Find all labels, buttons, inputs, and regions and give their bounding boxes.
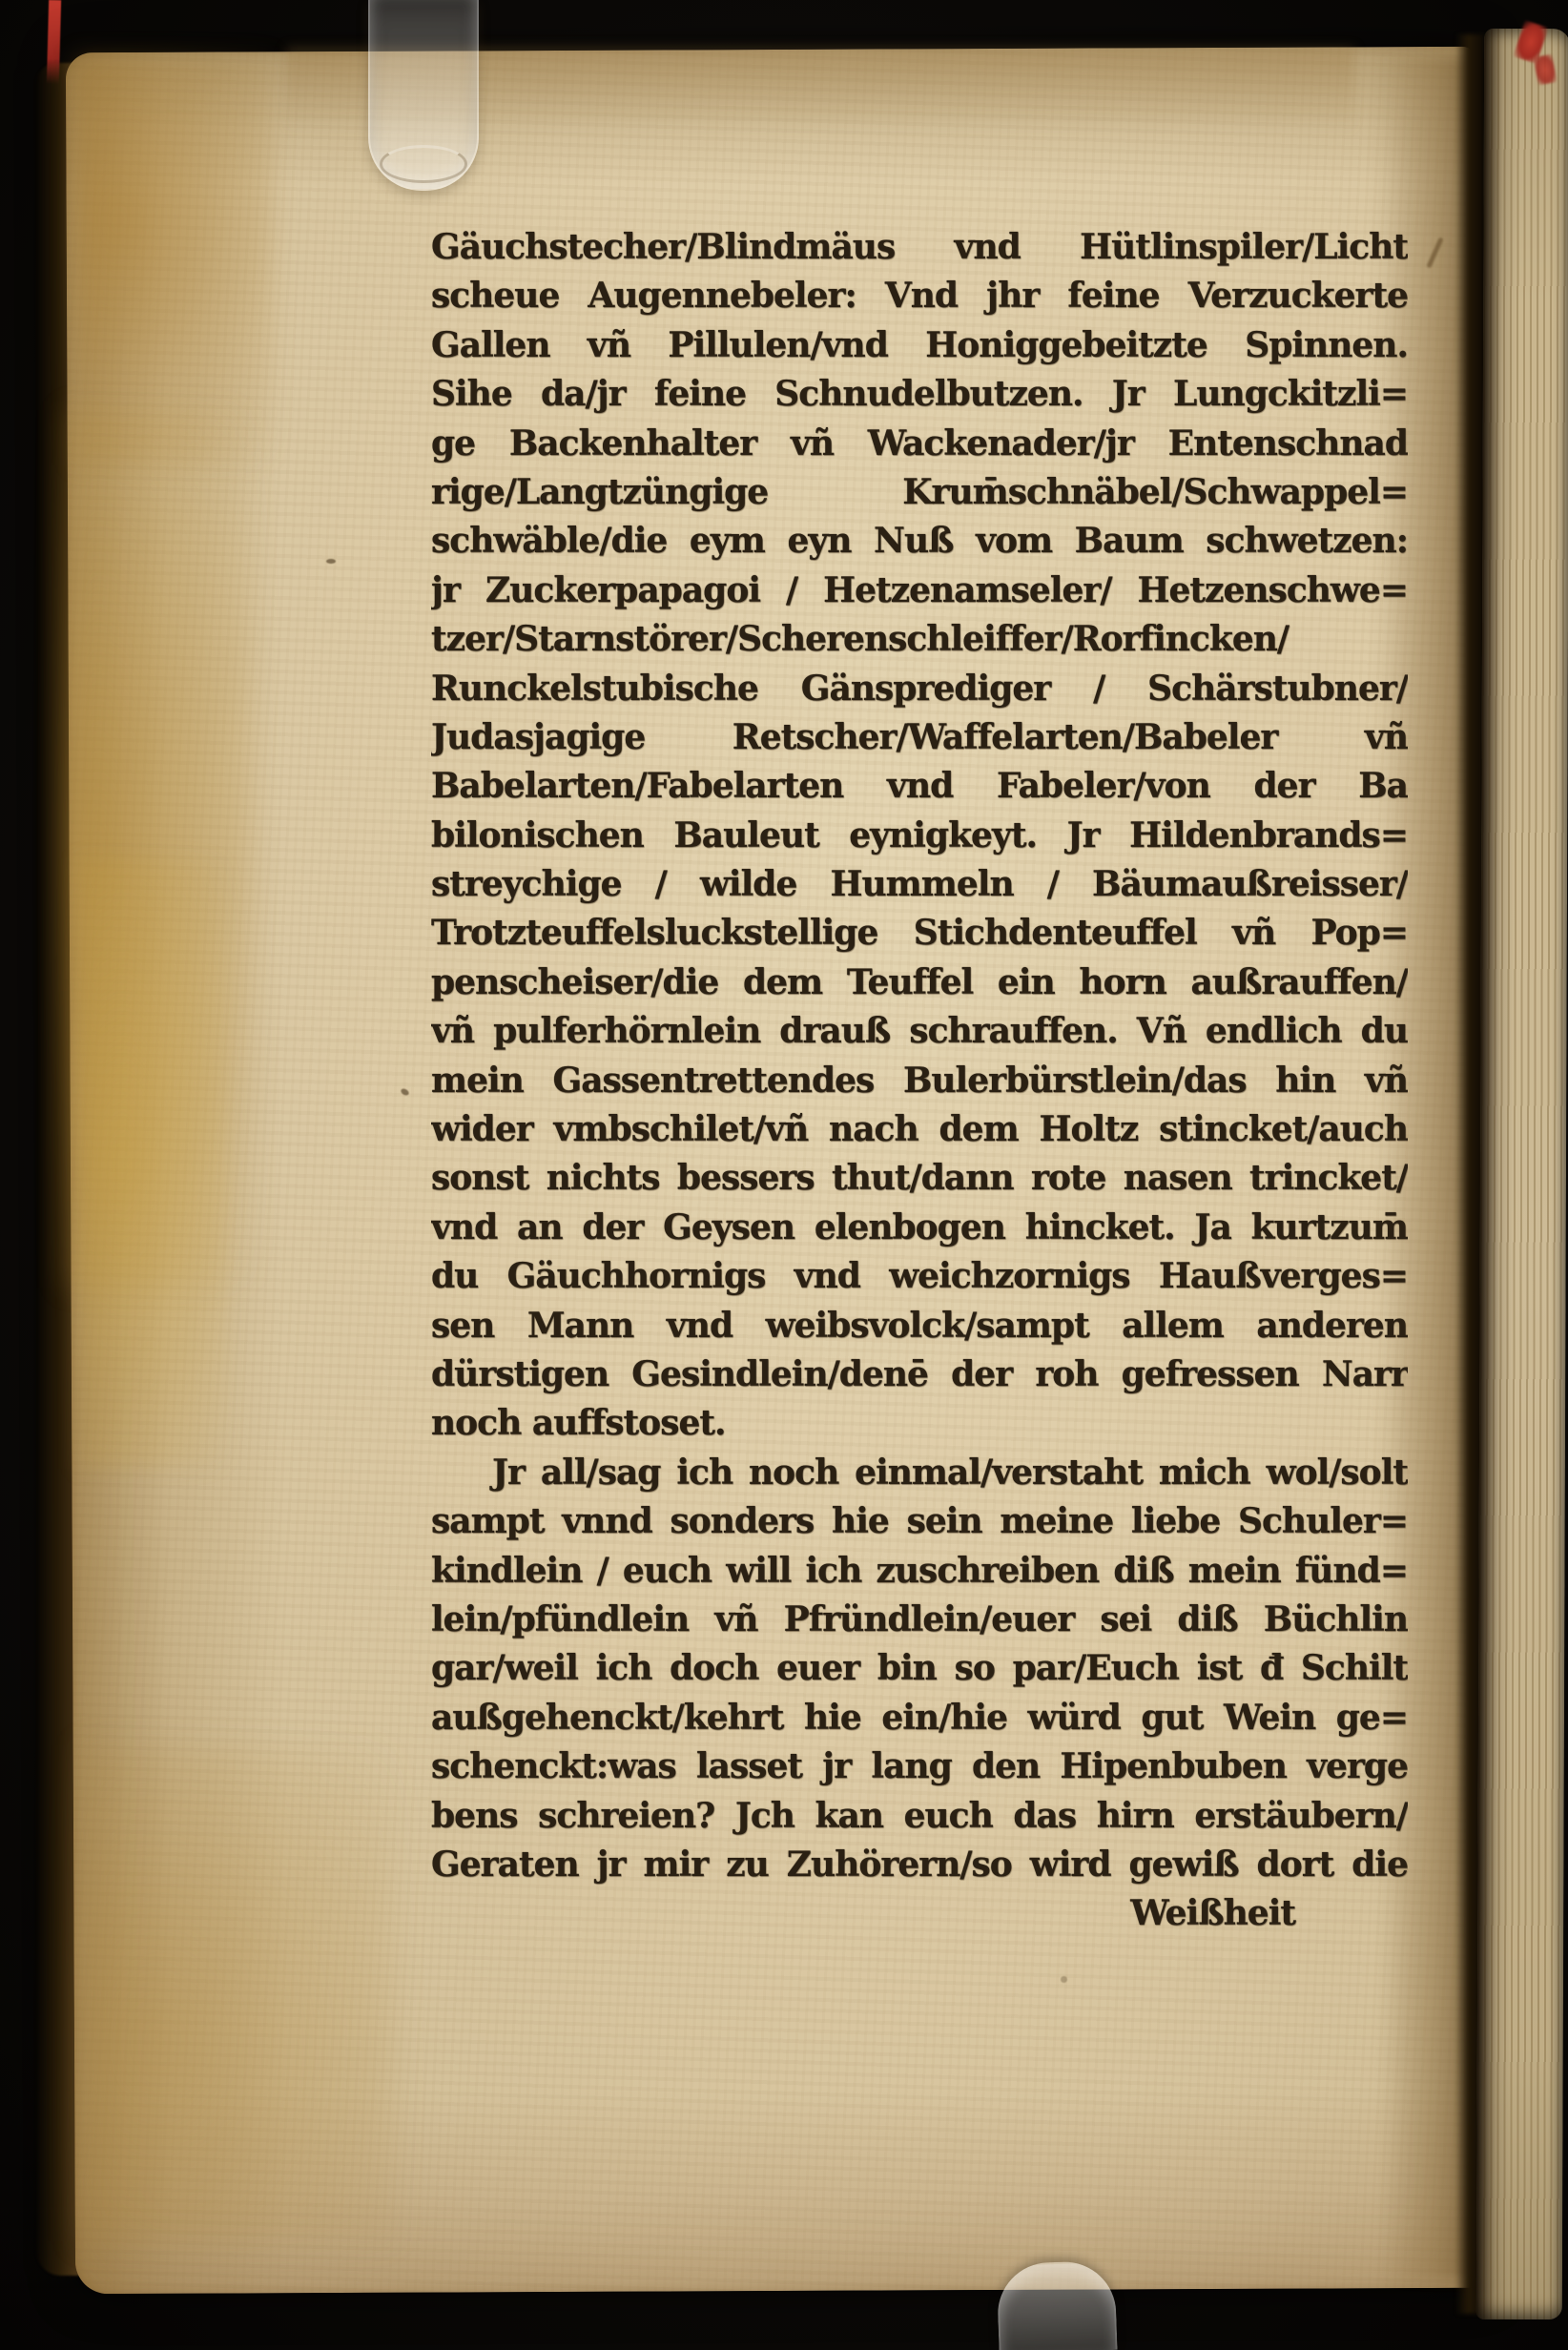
fore-edge-page-block <box>1476 29 1568 2319</box>
plastic-clip-rim <box>380 145 467 183</box>
text-line: vñ pulferhörnlein drauß schrauffen. Vñ e… <box>431 1007 1408 1056</box>
text-line: Sihe da/jr feine Schnudelbutzen. Jr Lung… <box>431 370 1408 419</box>
text-line: außgehenckt/kehrt hie ein/hie würd gut W… <box>431 1694 1408 1742</box>
text-line: vnd an der Geysen elenbogen hincket. Ja … <box>431 1204 1408 1252</box>
text-line: Judasjagige Retscher/Waffelarten/Babeler… <box>431 713 1408 762</box>
plastic-clip-top <box>368 0 479 191</box>
text-line: ge Backenhalter vñ Wackenader/jr Entensc… <box>431 420 1408 468</box>
text-line: lein/pfündlein vñ Pfründlein/euer sei di… <box>431 1596 1408 1644</box>
ink-speck <box>326 559 336 564</box>
text-line: mein Gassentrettendes Bulerbürstlein/das… <box>431 1057 1408 1105</box>
text-line: sen Mann vnd weibsvolck/sampt allem ande… <box>431 1302 1408 1350</box>
text-line: tzer/Starnstörer/Scherenschleiffer/Rorfi… <box>431 615 1408 664</box>
text-line: sampt vnnd sonders hie sein meine liebe … <box>431 1497 1408 1546</box>
text-line: gar/weil ich doch euer bin so par/Euch i… <box>431 1644 1408 1693</box>
text-line: du Gäuchhornigs vnd weichzornigs Haußver… <box>431 1252 1408 1301</box>
text-line: wider vmbschilet/vñ nach dem Holtz stinc… <box>431 1105 1408 1154</box>
page-text: Gäuchstecher/Blindmäus vnd Hütlinspiler/… <box>431 223 1408 1939</box>
text-line: Babelarten/Fabelarten vnd Fabeler/von de… <box>431 762 1408 811</box>
text-line: dürstigen Gesindlein/denē der roh gefres… <box>431 1350 1408 1399</box>
text-line: rige/Langtzüngige Krum̄schnäbel/Schwappe… <box>431 468 1408 517</box>
text-line: streychige / wilde Hummeln / Bäumaußreis… <box>431 860 1408 909</box>
text-line-paragraph-start: Jr all/sag ich noch einmal/verstaht mich… <box>431 1449 1408 1497</box>
text-line-paragraph-end: noch auffstoset. <box>431 1399 1408 1448</box>
text-line: Trotzteuffelsluckstellige Stichdenteuffe… <box>431 909 1408 958</box>
red-mark-top-left <box>47 0 61 84</box>
text-line: bens schreien? Jch kan euch das hirn ers… <box>431 1792 1408 1841</box>
text-line: kindlein / euch will ich zuschreiben diß… <box>431 1547 1408 1596</box>
text-line: Geraten jr mir zu Zuhörern/so wird gewiß… <box>431 1841 1408 1889</box>
text-line: penscheiser/die dem Teuffel ein horn auß… <box>431 959 1408 1007</box>
ink-speck <box>1061 1976 1067 1983</box>
text-line: sonst nichts bessers thut/dann rote nase… <box>431 1154 1408 1203</box>
text-line: Gäuchstecher/Blindmäus vnd Hütlinspiler/… <box>431 223 1408 272</box>
text-line: schenckt:was lasset jr lang den Hipenbub… <box>431 1742 1408 1791</box>
text-line: jr Zuckerpapagoi / Hetzenamseler/ Hetzen… <box>431 567 1408 615</box>
text-line: scheue Augennebeler: Vnd jhr feine Verzu… <box>431 272 1408 320</box>
text-line: schwäble/die eym eyn Nuß vom Baum schwet… <box>431 517 1408 566</box>
text-line: bilonischen Bauleut eynigkeyt. Jr Hilden… <box>431 812 1408 860</box>
catchword: Weißheit <box>431 1889 1408 1938</box>
text-line: Gallen vñ Pillulen/vnd Honiggebeitzte Sp… <box>431 321 1408 370</box>
text-line: Runckelstubische Gänsprediger / Schärstu… <box>431 665 1408 713</box>
book-photo: Gäuchstecher/Blindmäus vnd Hütlinspiler/… <box>0 0 1568 2350</box>
